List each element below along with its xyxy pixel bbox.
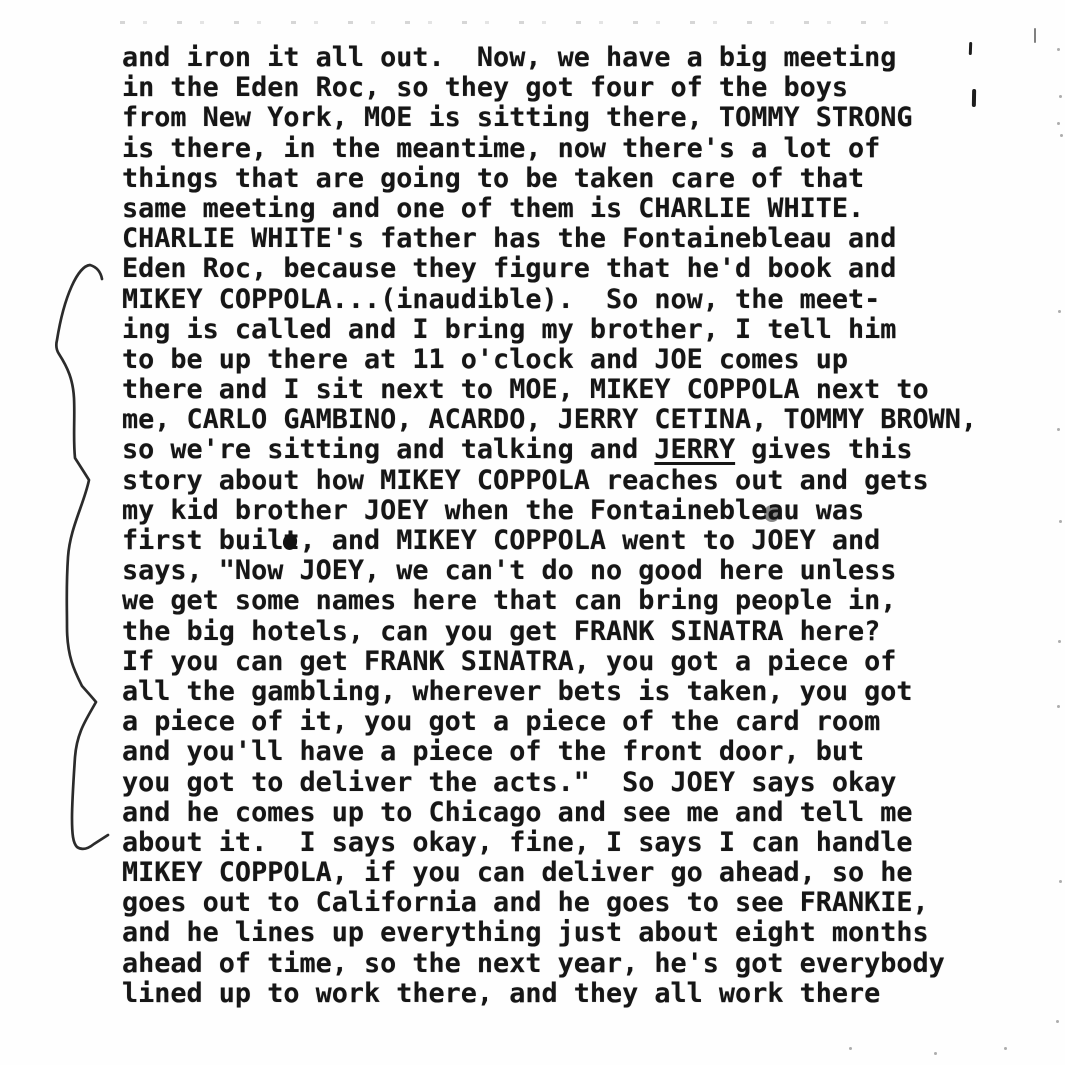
text-line: the big hotels, can you get FRANK SINATR…	[122, 617, 1022, 647]
scan-artifact-speck	[1056, 1020, 1059, 1023]
text-line: and he comes up to Chicago and see me an…	[122, 798, 1022, 828]
text-line: all the gambling, wherever bets is taken…	[122, 677, 1022, 707]
scan-artifact-speck	[1057, 48, 1060, 51]
text-line: CHARLIE WHITE's father has the Fontaineb…	[122, 224, 1022, 254]
scan-artifact-speck	[1059, 520, 1062, 523]
text-line: we get some names here that can bring pe…	[122, 586, 1022, 616]
text-line: If you can get FRANK SINATRA, you got a …	[122, 647, 1022, 677]
text-line: ahead of time, so the next year, he's go…	[122, 949, 1022, 979]
scan-artifact-speck	[934, 1052, 937, 1055]
margin-brace-annotation	[38, 252, 122, 856]
scan-artifact-speck	[1059, 95, 1062, 98]
scan-artifact-tick	[969, 42, 972, 55]
text-line: lined up to work there, and they all wor…	[122, 979, 1022, 1009]
text-line: so we're sitting and talking and JERRY g…	[122, 435, 1022, 465]
text-line: my kid brother JOEY when the Fontaineble…	[122, 496, 1022, 526]
text-line: there and I sit next to MOE, MIKEY COPPO…	[122, 375, 1022, 405]
scan-artifact-speck	[849, 1047, 852, 1050]
scanned-document-page: and iron it all out. Now, we have a big …	[0, 0, 1065, 1065]
text-line: story about how MIKEY COPPOLA reaches ou…	[122, 466, 1022, 496]
text-line: is there, in the meantime, now there's a…	[122, 134, 1022, 164]
transcript-text: and iron it all out. Now, we have a big …	[122, 43, 1022, 1009]
text-line: in the Eden Roc, so they got four of the…	[122, 73, 1022, 103]
text-line: about it. I says okay, fine, I says I ca…	[122, 828, 1022, 858]
scan-artifact-speck	[1058, 640, 1061, 643]
scan-artifact-tick	[972, 89, 976, 107]
text-line: MIKEY COPPOLA...(inaudible). So now, the…	[122, 285, 1022, 315]
text-line: me, CARLO GAMBINO, ACARDO, JERRY CETINA,…	[122, 405, 1022, 435]
scan-artifact-speck	[1059, 880, 1062, 883]
scan-artifact-speck	[1004, 1047, 1007, 1050]
text-line: and he lines up everything just about ei…	[122, 918, 1022, 948]
text-line: things that are going to be taken care o…	[122, 164, 1022, 194]
text-line: says, "Now JOEY, we can't do no good her…	[122, 556, 1022, 586]
text-line: ing is called and I bring my brother, I …	[122, 315, 1022, 345]
scan-artifact-speck	[1057, 428, 1060, 431]
scan-artifact-speck	[1060, 134, 1063, 137]
scan-artifact-tick	[1034, 28, 1036, 43]
text-line: first built, and MIKEY COPPOLA went to J…	[122, 526, 1022, 556]
text-line: goes out to California and he goes to se…	[122, 888, 1022, 918]
underlined-word: JERRY	[654, 434, 735, 465]
text-line: MIKEY COPPOLA, if you can deliver go ahe…	[122, 858, 1022, 888]
text-line: you got to deliver the acts." So JOEY sa…	[122, 768, 1022, 798]
text-line: and you'll have a piece of the front doo…	[122, 737, 1022, 767]
text-line: a piece of it, you got a piece of the ca…	[122, 707, 1022, 737]
scan-artifact-speck	[1057, 122, 1060, 125]
scan-artifact-speck	[1058, 310, 1061, 313]
text-line: Eden Roc, because they figure that he'd …	[122, 254, 1022, 284]
text-line: to be up there at 11 o'clock and JOE com…	[122, 345, 1022, 375]
scan-artifact-ghost-row	[120, 21, 910, 24]
ink-blot-overstrike-fontainebleau	[764, 505, 780, 522]
text-line: same meeting and one of them is CHARLIE …	[122, 194, 1022, 224]
text-line: and iron it all out. Now, we have a big …	[122, 43, 1022, 73]
scan-artifact-speck	[1057, 705, 1060, 708]
text-line: from New York, MOE is sitting there, TOM…	[122, 103, 1022, 133]
